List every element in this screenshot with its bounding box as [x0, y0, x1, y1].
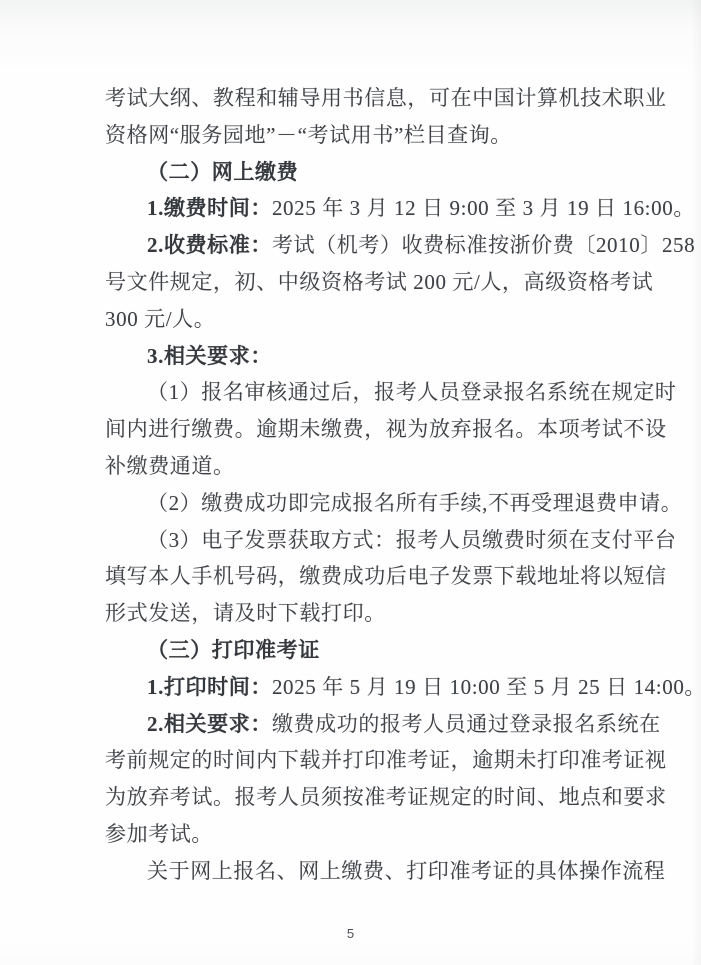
text-line: 填写本人手机号码，缴费成功后电子发票下载地址将以短信: [105, 558, 625, 595]
text-line: （2）缴费成功即完成报名所有手续,不再受理退费申请。: [105, 485, 625, 522]
text-line-bold: 3.相关要求：: [147, 344, 272, 368]
text-line-regular: 为放弃考试。报考人员须按准考证规定的时间、地点和要求: [105, 785, 667, 809]
text-line: （三）打印准考证: [105, 632, 625, 669]
text-line: 补缴费通道。: [105, 448, 625, 485]
text-line: 2.收费标准：考试（机考）收费标准按浙价费〔2010〕258: [105, 227, 625, 264]
text-line-regular: 填写本人手机号码，缴费成功后电子发票下载地址将以短信: [105, 564, 667, 588]
text-line-regular: 资格网“服务园地”－“考试用书”栏目查询。: [105, 123, 512, 147]
text-line-regular: 考前规定的时间内下载并打印准考证，逾期未打印准考证视: [105, 748, 667, 772]
text-line: 为放弃考试。报考人员须按准考证规定的时间、地点和要求: [105, 779, 625, 816]
text-line: （1）报名审核通过后，报考人员登录报名系统在规定时: [105, 374, 625, 411]
page-footer: 5: [0, 925, 701, 943]
text-line-bold: （三）打印准考证: [147, 638, 320, 662]
text-line: 形式发送，请及时下载打印。: [105, 595, 625, 632]
text-line: 号文件规定，初、中级资格考试 200 元/人，高级资格考试: [105, 264, 625, 301]
text-line-bold: 2.相关要求：: [147, 712, 272, 736]
text-line: 考前规定的时间内下载并打印准考证，逾期未打印准考证视: [105, 742, 625, 779]
text-line: 300 元/人。: [105, 301, 625, 338]
text-line-regular: 2025 年 3 月 12 日 9:00 至 3 月 19 日 16:00。: [272, 196, 695, 220]
text-line: 关于网上报名、网上缴费、打印准考证的具体操作流程: [105, 853, 625, 890]
text-line-regular: 考试（机考）收费标准按浙价费〔2010〕258: [272, 233, 695, 257]
text-line-regular: 间内进行缴费。逾期未缴费，视为放弃报名。本项考试不设: [105, 417, 667, 441]
text-line-regular: （2）缴费成功即完成报名所有手续,不再受理退费申请。: [147, 491, 682, 515]
text-line: 考试大纲、教程和辅导用书信息，可在中国计算机技术职业: [105, 80, 625, 117]
text-line: （二）网上缴费: [105, 154, 625, 191]
document-lines: 考试大纲、教程和辅导用书信息，可在中国计算机技术职业 资格网“服务园地”－“考试…: [105, 80, 625, 890]
text-line-regular: 形式发送，请及时下载打印。: [105, 601, 386, 625]
text-line: 3.相关要求：: [105, 338, 625, 375]
text-line-regular: 参加考试。: [105, 822, 213, 846]
text-line: （3）电子发票获取方式：报考人员缴费时须在支付平台: [105, 522, 625, 559]
text-line-regular: 2025 年 5 月 19 日 10:00 至 5 月 25 日 14:00。: [272, 675, 701, 699]
text-line-regular: （1）报名审核通过后，报考人员登录报名系统在规定时: [147, 380, 677, 404]
text-line-regular: 缴费成功的报考人员通过登录报名系统在: [272, 712, 661, 736]
text-line-regular: 补缴费通道。: [105, 454, 235, 478]
text-line-regular: 号文件规定，初、中级资格考试 200 元/人，高级资格考试: [105, 270, 653, 294]
text-line-regular: 考试大纲、教程和辅导用书信息，可在中国计算机技术职业: [105, 86, 667, 110]
text-line-regular: 300 元/人。: [105, 307, 215, 331]
text-line: 参加考试。: [105, 816, 625, 853]
text-line-bold: 2.收费标准：: [147, 233, 272, 257]
page-number: 5: [347, 926, 354, 941]
text-line: 资格网“服务园地”－“考试用书”栏目查询。: [105, 117, 625, 154]
scanned-document-page: 考试大纲、教程和辅导用书信息，可在中国计算机技术职业 资格网“服务园地”－“考试…: [0, 0, 701, 965]
text-line: 间内进行缴费。逾期未缴费，视为放弃报名。本项考试不设: [105, 411, 625, 448]
text-line: 1.打印时间：2025 年 5 月 19 日 10:00 至 5 月 25 日 …: [105, 669, 625, 706]
text-line-bold: 1.缴费时间：: [147, 196, 272, 220]
text-line: 2.相关要求：缴费成功的报考人员通过登录报名系统在: [105, 706, 625, 743]
text-line-regular: 关于网上报名、网上缴费、打印准考证的具体操作流程: [147, 859, 665, 883]
text-line-regular: （3）电子发票获取方式：报考人员缴费时须在支付平台: [147, 528, 677, 552]
text-line: 1.缴费时间：2025 年 3 月 12 日 9:00 至 3 月 19 日 1…: [105, 190, 625, 227]
text-line-bold: 1.打印时间：: [147, 675, 272, 699]
text-line-bold: （二）网上缴费: [147, 160, 298, 184]
